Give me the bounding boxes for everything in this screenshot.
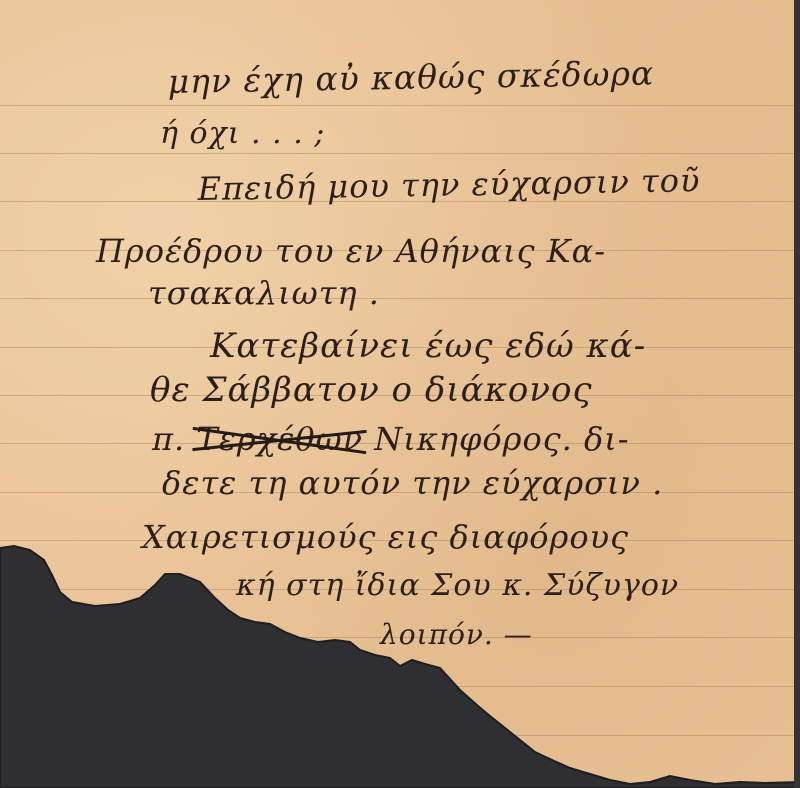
scanned-document: μην έχη αὐ καθώς σκέδωρα ή όχι . . . ; Ε… — [0, 0, 800, 788]
dark-background-region — [0, 546, 800, 788]
torn-paper-edge — [0, 0, 800, 788]
right-paper-edge-shadow — [794, 0, 800, 788]
